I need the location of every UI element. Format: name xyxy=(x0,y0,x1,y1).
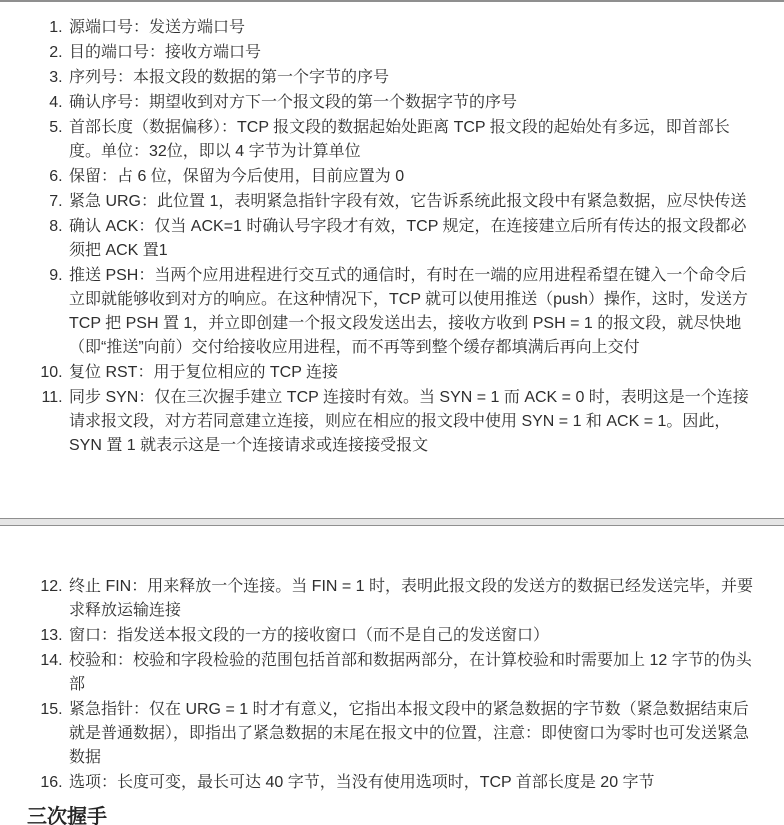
tcp-header-field-list-part1: 源端口号：发送方端口号 目的端口号：接收方端口号 序列号：本报文段的数据的第一个… xyxy=(27,16,760,458)
list-item: 同步 SYN：仅在三次握手建立 TCP 连接时有效。当 SYN = 1 而 AC… xyxy=(67,386,760,458)
list-item: 紧急指针：仅在 URG = 1 时才有意义，它指出本报文段中的紧急数据的字节数（… xyxy=(67,698,760,770)
list-item: 窗口：指发送本报文段的一方的接收窗口（而不是自己的发送窗口） xyxy=(67,624,760,648)
page-break-edge-top xyxy=(0,0,784,2)
list-item: 复位 RST：用于复位相应的 TCP 连接 xyxy=(67,361,760,385)
page-break-divider xyxy=(0,518,784,526)
tcp-header-field-list-part2: 终止 FIN：用来释放一个连接。当 FIN = 1 时，表明此报文段的发送方的数… xyxy=(27,575,760,795)
list-item: 推送 PSH：当两个应用进程进行交互式的通信时，有时在一端的应用进程希望在键入一… xyxy=(67,264,760,360)
document-content: 源端口号：发送方端口号 目的端口号：接收方端口号 序列号：本报文段的数据的第一个… xyxy=(0,16,784,825)
next-section-heading-partial: 三次握手 xyxy=(27,803,760,825)
list-item: 源端口号：发送方端口号 xyxy=(67,16,760,40)
list-item: 保留：占 6 位，保留为今后使用，目前应置为 0 xyxy=(67,165,760,189)
document-page: 源端口号：发送方端口号 目的端口号：接收方端口号 序列号：本报文段的数据的第一个… xyxy=(0,0,784,825)
list-item: 确认 ACK：仅当 ACK=1 时确认号字段才有效，TCP 规定，在连接建立后所… xyxy=(67,215,760,263)
list-item: 紧急 URG：此位置 1，表明紧急指针字段有效，它告诉系统此报文段中有紧急数据，… xyxy=(67,190,760,214)
list-item: 序列号：本报文段的数据的第一个字节的序号 xyxy=(67,66,760,90)
list-item: 校验和：校验和字段检验的范围包括首部和数据两部分，在计算校验和时需要加上 12 … xyxy=(67,649,760,697)
list-item: 首部长度（数据偏移）：TCP 报文段的数据起始处距离 TCP 报文段的起始处有多… xyxy=(67,116,760,164)
list-item: 终止 FIN：用来释放一个连接。当 FIN = 1 时，表明此报文段的发送方的数… xyxy=(67,575,760,623)
list-item: 选项：长度可变，最长可达 40 字节，当没有使用选项时，TCP 首部长度是 20… xyxy=(67,771,760,795)
list-item: 确认序号：期望收到对方下一个报文段的第一个数据字节的序号 xyxy=(67,91,760,115)
list-item: 目的端口号：接收方端口号 xyxy=(67,41,760,65)
